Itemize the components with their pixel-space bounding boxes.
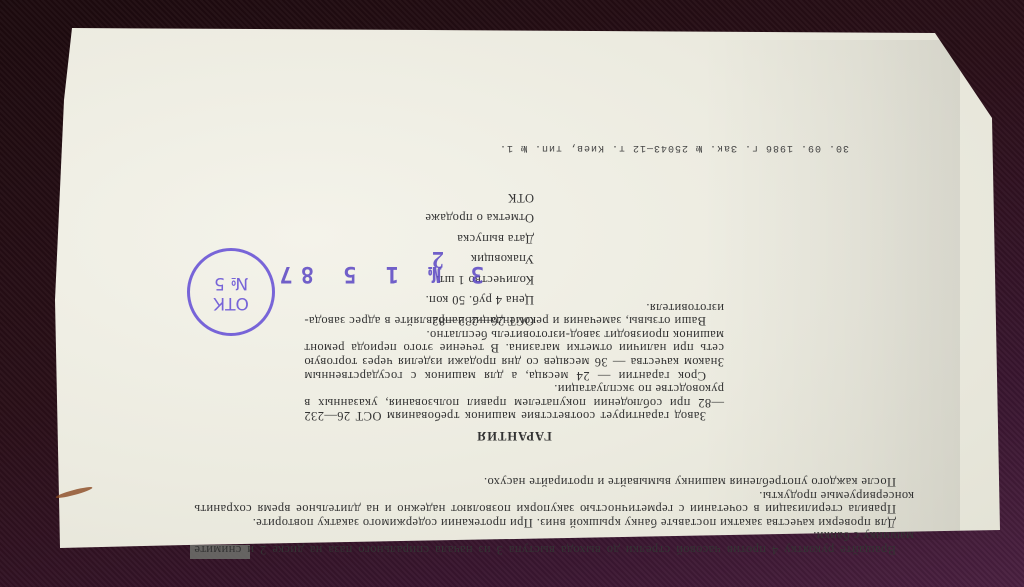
qc-circle-stamp: ОТК № 5	[187, 248, 275, 336]
instruction-paragraph: Вращайте рукоятку 4 против часовой стрел…	[194, 529, 914, 556]
instruction-paragraph: Для проверки качества закатки поставьте …	[194, 515, 914, 529]
spec-release-date: Дата выпуска	[314, 229, 534, 250]
print-imprint: 30. 09. 1986 г. Зак. № 25043—12 т. Киев,…	[499, 142, 849, 153]
printed-content: Вращайте рукоятку 4 против часовой стрел…	[0, 0, 1024, 586]
instructions-block: Вращайте рукоятку 4 против часовой стрел…	[194, 474, 914, 556]
guarantee-paragraph: Завод гарантирует соответствие машинок т…	[304, 382, 724, 423]
qc-stamp-number: № 5	[190, 273, 272, 293]
guarantee-heading: ГАРАНТИЯ	[304, 428, 724, 442]
instruction-paragraph: Правила стерилизации в сочетании с герме…	[194, 488, 914, 515]
spec-qc: ОТК	[314, 188, 534, 209]
qc-stamp-label: ОТК	[190, 293, 272, 313]
spec-block: ОСТ 26—232—82 Цена 4 руб. 50 коп. Количе…	[314, 188, 534, 332]
guarantee-paragraph: Срок гарантии — 24 месяца, а для машинок…	[304, 327, 724, 381]
spec-price: Цена 4 руб. 50 коп.	[314, 290, 534, 311]
serial-number-stamp: 3 № 1 5 87	[272, 261, 484, 286]
spec-standard: ОСТ 26—232—82	[314, 311, 534, 332]
spec-sale-mark: Отметка о продаже	[314, 208, 534, 229]
instruction-paragraph: После каждого употребления машинку вымыв…	[194, 474, 914, 488]
